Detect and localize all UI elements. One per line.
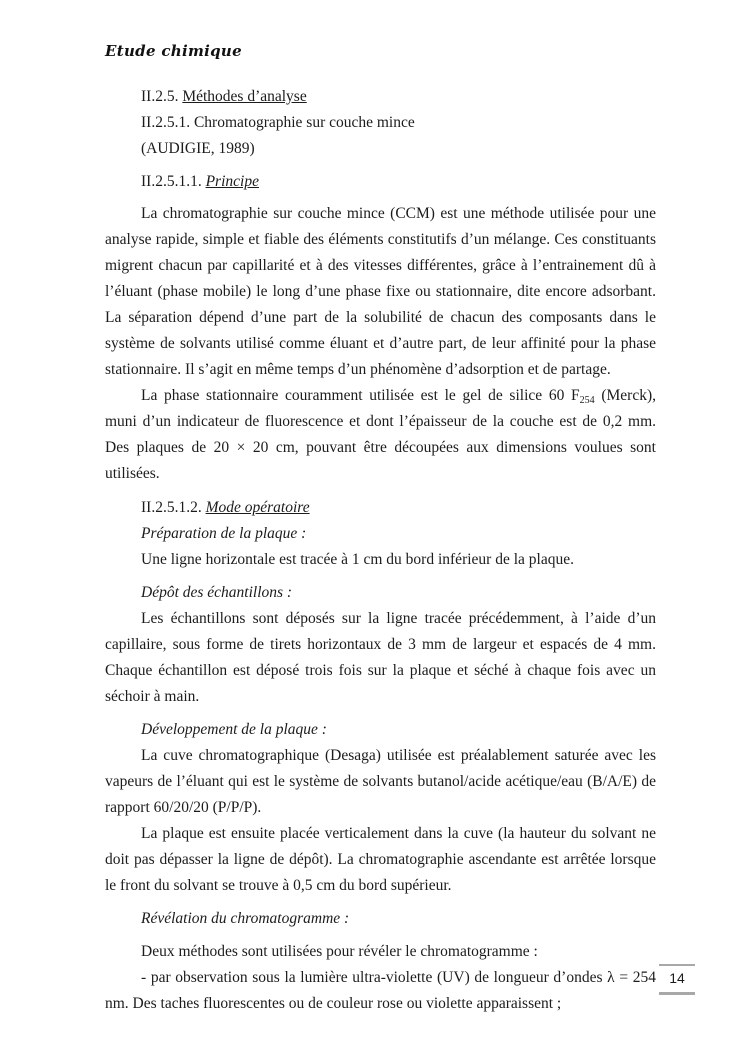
document-body: II.2.5. Méthodes d’analyse II.2.5.1. Chr… [105, 84, 656, 1017]
heading-reference: (AUDIGIE, 1989) [141, 136, 656, 162]
silica-gel-subscript: 254 [580, 395, 595, 406]
heading-methods-title: Méthodes d’analyse [182, 88, 306, 105]
heading-methods-number: II.2.5. [141, 88, 182, 105]
subheading-developpement: Développement de la plaque : [141, 717, 656, 743]
heading-mode-number: II.2.5.1.2. [141, 499, 206, 516]
heading-mode: II.2.5.1.2. Mode opératoire [141, 495, 656, 521]
paragraph-preparation: Une ligne horizontale est tracée à 1 cm … [141, 547, 656, 573]
running-header: Etude chimique [105, 42, 242, 60]
heading-ccm: II.2.5.1. Chromatographie sur couche min… [141, 110, 656, 136]
paragraph-developpement-2: La plaque est ensuite placée verticaleme… [105, 821, 656, 899]
paragraph-principe-1: La chromatographie sur couche mince (CCM… [105, 201, 656, 383]
subheading-depot: Dépôt des échantillons : [141, 580, 656, 606]
heading-principe-number: II.2.5.1.1. [141, 173, 206, 190]
paragraph-developpement-1: La cuve chromatographique (Desaga) utili… [105, 743, 656, 821]
heading-mode-title: Mode opératoire [206, 499, 310, 516]
paragraph-revelation-intro: Deux méthodes sont utilisées pour révéle… [141, 939, 656, 965]
heading-principe-title: Principe [206, 173, 259, 190]
page-number: 14 [659, 966, 695, 992]
heading-methods: II.2.5. Méthodes d’analyse [141, 84, 656, 110]
paragraph-principe-2-text: La phase stationnaire couramment utilisé… [141, 387, 580, 404]
heading-principe: II.2.5.1.1. Principe [141, 169, 656, 195]
subheading-preparation: Préparation de la plaque : [141, 521, 656, 547]
paragraph-principe-2: La phase stationnaire couramment utilisé… [105, 383, 656, 487]
page-footer: 14 [659, 964, 695, 995]
paragraph-revelation-uv: - par observation sous la lumière ultra-… [105, 965, 656, 1017]
document-page: Etude chimique II.2.5. Méthodes d’analys… [0, 0, 745, 1053]
paragraph-depot: Les échantillons sont déposés sur la lig… [105, 606, 656, 710]
footer-rule-bottom [659, 992, 695, 995]
subheading-revelation: Révélation du chromatogramme : [141, 906, 656, 932]
